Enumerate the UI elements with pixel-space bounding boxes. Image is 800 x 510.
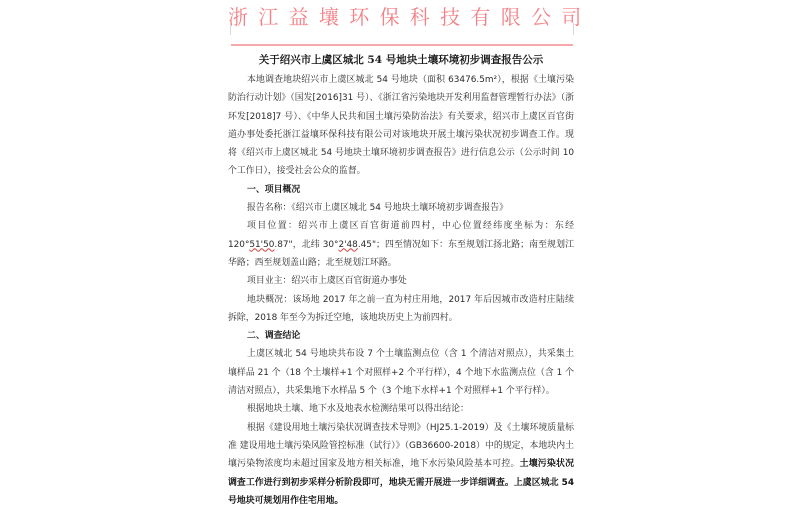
letterhead-divider bbox=[231, 44, 573, 46]
section-heading-conclusion: 二、调查结论 bbox=[228, 327, 574, 345]
longitude-minutes: 51'50 bbox=[249, 240, 274, 250]
section-heading-project-overview: 一、项目概况 bbox=[228, 181, 574, 199]
sampling-paragraph: 上虞区城北 54 号地块共布设 7 个土壤监测点位（含 1 个清洁对照点），共采… bbox=[228, 345, 574, 400]
report-name-paragraph: 报告名称：《绍兴市上虞区城北 54 号地块土壤环境初步调查报告》 bbox=[228, 199, 574, 217]
margin-corner-mark-left bbox=[230, 23, 231, 35]
margin-corner-mark-right bbox=[573, 23, 574, 35]
company-letterhead: 浙江益壤环保科技有限公司 bbox=[228, 2, 574, 32]
intro-paragraph: 本地调查地块绍兴市上虞区城北 54 号地块（面积 63476.5m²），根据《土… bbox=[228, 71, 574, 181]
latitude-minutes: 2'48 bbox=[338, 240, 357, 250]
project-owner-paragraph: 项目业主：绍兴市上虞区百官街道办事处 bbox=[228, 272, 574, 290]
document-title: 关于绍兴市上虞区城北 54 号地块土壤环境初步调查报告公示 bbox=[228, 52, 574, 68]
location-mid: .87"，北纬 30° bbox=[274, 240, 338, 250]
document-page: 浙江益壤环保科技有限公司 关于绍兴市上虞区城北 54 号地块土壤环境初步调查报告… bbox=[228, 0, 574, 500]
conclusion-lead-paragraph: 根据地块土壤、地下水及地表水检测结果可以得出结论： bbox=[228, 400, 574, 418]
conclusion-paragraph: 根据《建设用地土壤污染状况调查技术导则》（HJ25.1-2019）及《土壤环境质… bbox=[228, 419, 574, 500]
site-overview-paragraph: 地块概况：该场地 2017 年之前一直为村庄用地，2017 年后因城市改造村庄陆… bbox=[228, 291, 574, 328]
document-body: 本地调查地块绍兴市上虞区城北 54 号地块（面积 63476.5m²），根据《土… bbox=[228, 71, 574, 500]
project-location-paragraph: 项目位置：绍兴市上虞区百官街道前四村，中心位置经纬度坐标为：东经 120°51'… bbox=[228, 217, 574, 272]
